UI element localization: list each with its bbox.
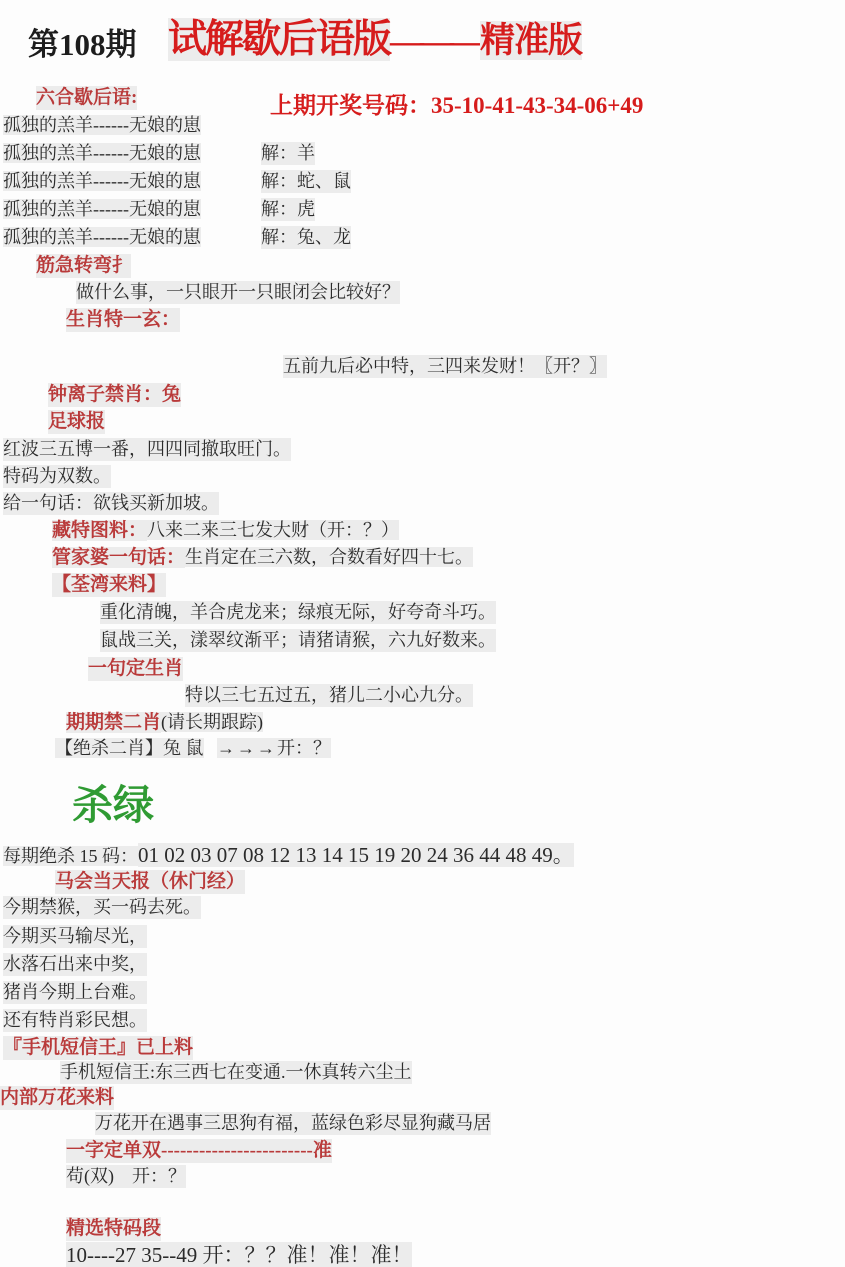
one-sentence-label: 一句定生肖 (88, 657, 183, 681)
tsuen-wan-line: 鼠战三关，漾翠纹渐平；请猪请猴，六九好数来。 (100, 629, 496, 652)
kill-two-label: 【绝杀二肖】兔 鼠 (55, 738, 204, 758)
brain-teaser-label: 筋急转弯扌 (36, 254, 131, 278)
banned-two-line: 期期禁二肖(请长期跟踪) (66, 711, 263, 735)
housekeeper-label: 管家婆一句话： (52, 547, 185, 568)
riddle-phrase: 孤独的羔羊------无娘的崽 (3, 227, 201, 247)
riddle-row: 孤独的羔羊------无娘的崽 解：虎 (3, 198, 201, 221)
riddle-phrase: 孤独的羔羊------无娘的崽 (3, 171, 201, 191)
one-sentence-text: 特以三七五过五，猪儿二小心九分。 (185, 684, 473, 707)
horse-daily-line: 猪肖今期上台难。 (3, 981, 147, 1004)
riddle-row: 孤独的羔羊------无娘的崽 解：兔、龙 (3, 226, 201, 249)
horse-daily-line: 今期买马输尽光， (3, 925, 147, 948)
special-segment-value: 10----27 35--49 开：？？准！准！准！ (66, 1242, 412, 1267)
football-report-line: 给一句话：欲钱买新加坡。 (3, 492, 219, 515)
riddle-row: 孤独的羔羊------无娘的崽 (3, 114, 201, 137)
tip-sheet-page: 第108期 试解歇后语版———精准版 六合歇后语: 上期开奖号码：35-10-4… (0, 0, 845, 1267)
sms-king-label: 『手机短信王』已上料 (3, 1036, 193, 1060)
page-title: 试解歇后语版———精准版 (168, 16, 582, 65)
horse-daily-line: 水落石出来中奖， (3, 953, 147, 976)
arrow-icons: →→→ (217, 738, 277, 758)
football-report-line: 特码为双数。 (3, 465, 111, 488)
housekeeper-line: 管家婆一句话：生肖定在三六数，合数看好四十七。 (52, 546, 473, 570)
brain-teaser-question: 做什么事，一只眼开一只眼闭会比较好？ (76, 281, 400, 304)
football-report-label: 足球报 (48, 410, 105, 434)
riddle-phrase: 孤独的羔羊------无娘的崽 (3, 143, 201, 163)
odd-even-value: 苟(双) 开：？ (66, 1165, 186, 1188)
horse-daily-label: 马会当天报（休门经） (55, 870, 245, 894)
zodiac-special-label: 生肖特一玄： (66, 308, 180, 332)
riddle-section-label: 六合歇后语: (36, 86, 137, 110)
horse-daily-line: 今期禁猴，买一码去死。 (3, 896, 201, 919)
riddle-answer: 解：蛇、鼠 (261, 170, 351, 193)
sms-king-text: 手机短信王:东三西七在变通.一休真转六尘土 (60, 1061, 412, 1084)
zhongli-banned-label: 钟离子禁肖：兔 (48, 383, 181, 407)
odd-even-label: 一字定单双------------------------准 (66, 1139, 332, 1163)
kill-green-numbers: 01 02 03 07 08 12 13 14 15 19 20 24 36 4… (138, 843, 574, 867)
zodiac-special-hint: 五前九后必中特，三四来发财！〖开？〗 (283, 355, 607, 378)
issue-number: 第108期 (28, 26, 137, 65)
kill-green-label: 每期绝杀 15 码： (3, 846, 138, 866)
banned-two-label: 期期禁二肖 (66, 712, 161, 733)
kill-two-line: 【绝杀二肖】兔 鼠 →→→开：？ (55, 737, 331, 760)
housekeeper-text: 生肖定在三六数，合数看好四十七。 (185, 547, 473, 567)
hidden-special-label: 藏特图料： (52, 520, 147, 541)
hidden-special-text: 八来二来三七发大财（开：？） (147, 520, 399, 540)
wanhua-label: 内部万花来料 (0, 1086, 114, 1110)
special-segment-label: 精选特码段 (66, 1217, 161, 1241)
riddle-row: 孤独的羔羊------无娘的崽 解：蛇、鼠 (3, 170, 201, 193)
kill-green-line: 每期绝杀 15 码：01 02 03 07 08 12 13 14 15 19 … (3, 842, 574, 868)
riddle-phrase: 孤独的羔羊------无娘的崽 (3, 199, 201, 219)
tsuen-wan-label: 【荃湾来料】 (52, 573, 166, 597)
riddle-answer: 解：虎 (261, 198, 315, 221)
kill-green-title: 杀绿 (72, 780, 154, 831)
riddle-answer: 解：羊 (261, 142, 315, 165)
title-dashes: ——— (390, 23, 480, 60)
riddle-answer: 解：兔、龙 (261, 226, 351, 249)
kill-two-open: 开：？ (277, 738, 331, 758)
tsuen-wan-line: 重化清魄，羊合虎龙来；绿痕无际，好夸奇斗巧。 (100, 601, 496, 624)
page-title-main: 试解歇后语版 (168, 18, 390, 61)
football-report-line: 红波三五博一番，四四同撤取旺门。 (3, 438, 291, 461)
previous-draw-numbers: 上期开奖号码：35-10-41-43-34-06+49 (270, 92, 643, 121)
riddle-row: 孤独的羔羊------无娘的崽 解：羊 (3, 142, 201, 165)
banned-two-note: (请长期跟踪) (161, 712, 263, 732)
wanhua-text: 万花开在遇事三思狗有福，蓝绿色彩尽显狗藏马居 (95, 1112, 491, 1135)
page-title-suffix: 精准版 (480, 21, 582, 60)
horse-daily-line: 还有特肖彩民想。 (3, 1009, 147, 1032)
riddle-phrase: 孤独的羔羊------无娘的崽 (3, 115, 201, 135)
hidden-special-line: 藏特图料：八来二来三七发大财（开：？） (52, 519, 399, 543)
